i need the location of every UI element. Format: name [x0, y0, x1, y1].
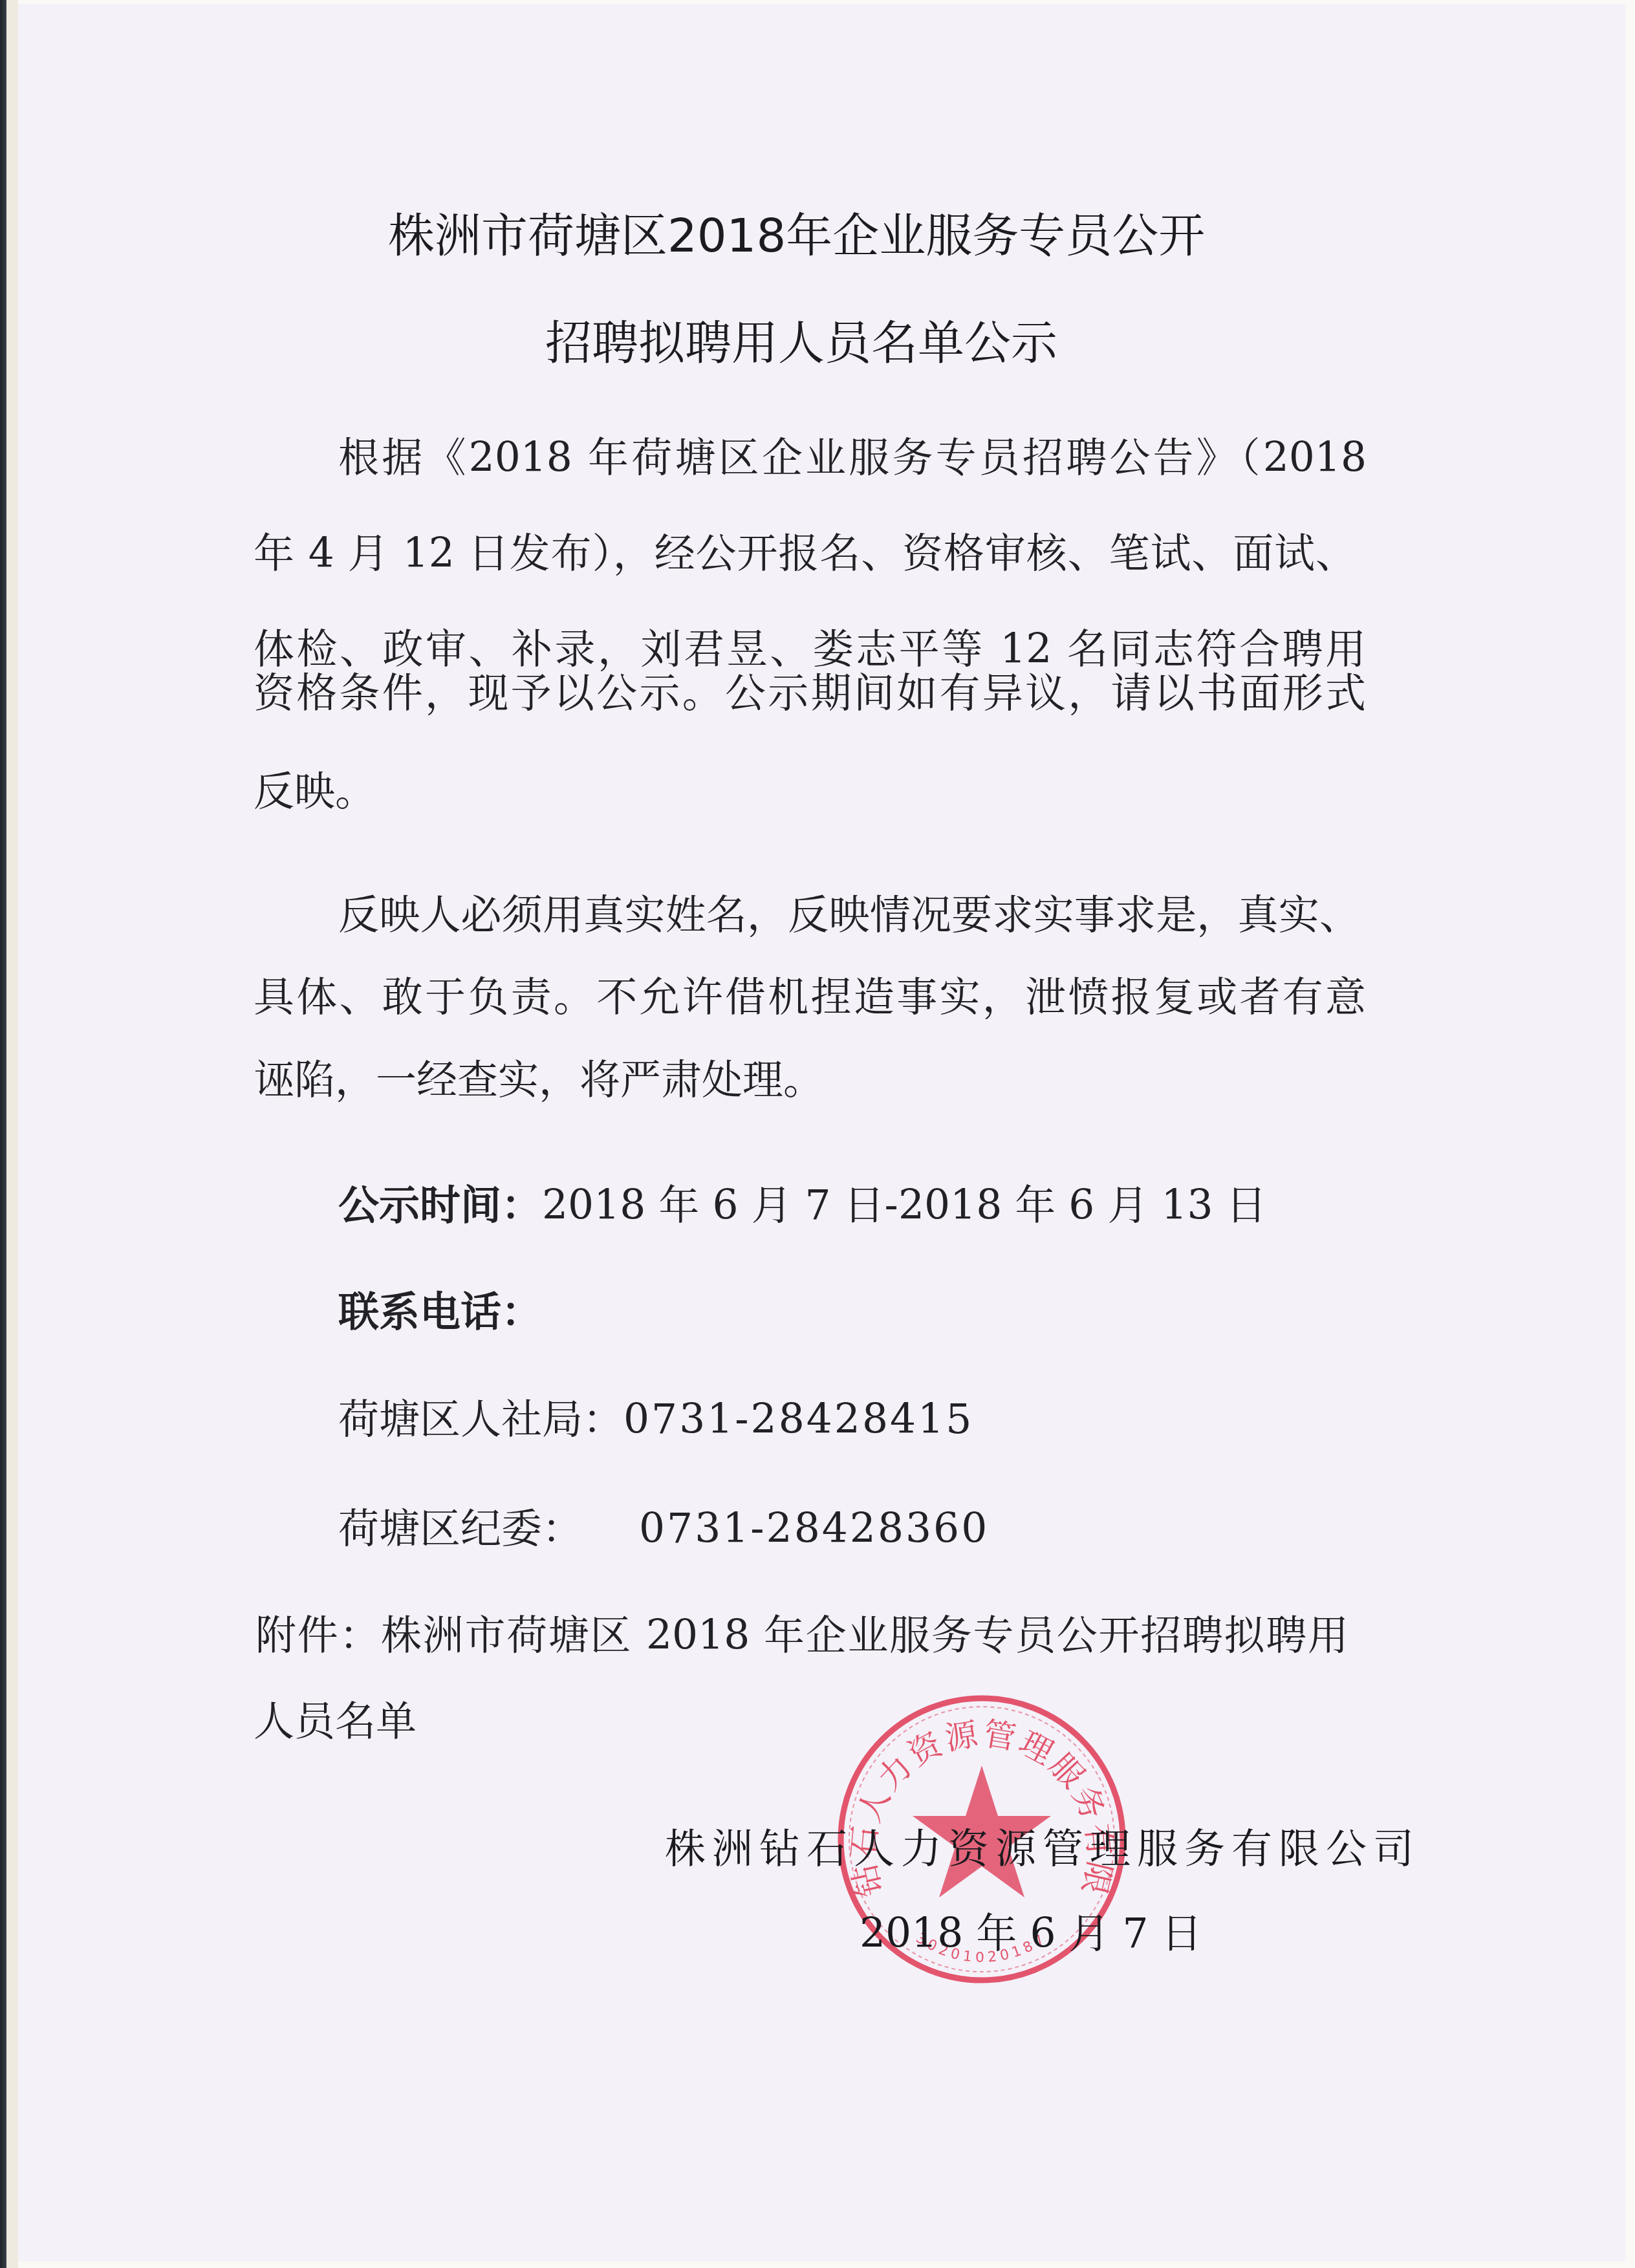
paragraph-1-line-5: 反映。 [254, 771, 376, 812]
publicity-period: 公示时间：2018 年 6 月 7 日-2018 年 6 月 13 日 [338, 1185, 1267, 1226]
contact-phone: 0731-28428415 [623, 1396, 973, 1443]
paragraph-2-line-3: 诬陷，一经查实，将严肃处理。 [254, 1059, 824, 1100]
contact-entry-hr-bureau: 荷塘区人社局：0731-28428415 [338, 1399, 973, 1440]
attachment-line-2: 人员名单 [254, 1701, 417, 1742]
title-line-2: 招聘拟聘用人员名单公示 [545, 319, 1057, 366]
contact-label: 联系电话： [338, 1291, 542, 1332]
publicity-period-value: 2018 年 6 月 7 日-2018 年 6 月 13 日 [542, 1182, 1267, 1229]
scan-border-dark [0, 0, 6, 2268]
contact-org: 荷塘区人社局： [338, 1396, 623, 1443]
paragraph-1-line-4: 资格条件，现予以公示。公示期间如有异议，请以书面形式 [254, 673, 1366, 713]
signature-company: 株洲钻石人力资源管理服务有限公司 [665, 1828, 1420, 1869]
scan-border-cream [6, 0, 18, 2268]
contact-org: 荷塘区纪委： [338, 1508, 639, 1549]
paragraph-1-line-2: 年 4 月 12 日发布），经公开报名、资格审核、笔试、面试、 [254, 533, 1356, 574]
paragraph-1-line-3: 体检、政审、补录，刘君昱、娄志平等 12 名同志符合聘用 [254, 629, 1366, 669]
paragraph-2-line-2: 具体、敢于负责。不允许借机捏造事实，泄愤报复或者有意 [254, 977, 1366, 1017]
publicity-period-label: 公示时间： [338, 1181, 542, 1229]
title-line-1: 株洲市荷塘区2018年企业服务专员公开 [388, 212, 1240, 259]
paragraph-1-line-1: 根据《2018 年荷塘区企业服务专员招聘公告》（2018 [338, 437, 1367, 478]
contact-phone: 0731-28428360 [639, 1505, 989, 1552]
attachment-line-1: 附件：株洲市荷塘区 2018 年企业服务专员公开招聘拟聘用 [255, 1615, 1348, 1656]
paragraph-2-line-1: 反映人必须用真实姓名，反映情况要求实事求是，真实、 [338, 894, 1360, 935]
contact-entry-discipline-commission: 荷塘区纪委：0731-28428360 [338, 1508, 989, 1549]
signature-date: 2018 年 6 月 7 日 [860, 1913, 1202, 1954]
